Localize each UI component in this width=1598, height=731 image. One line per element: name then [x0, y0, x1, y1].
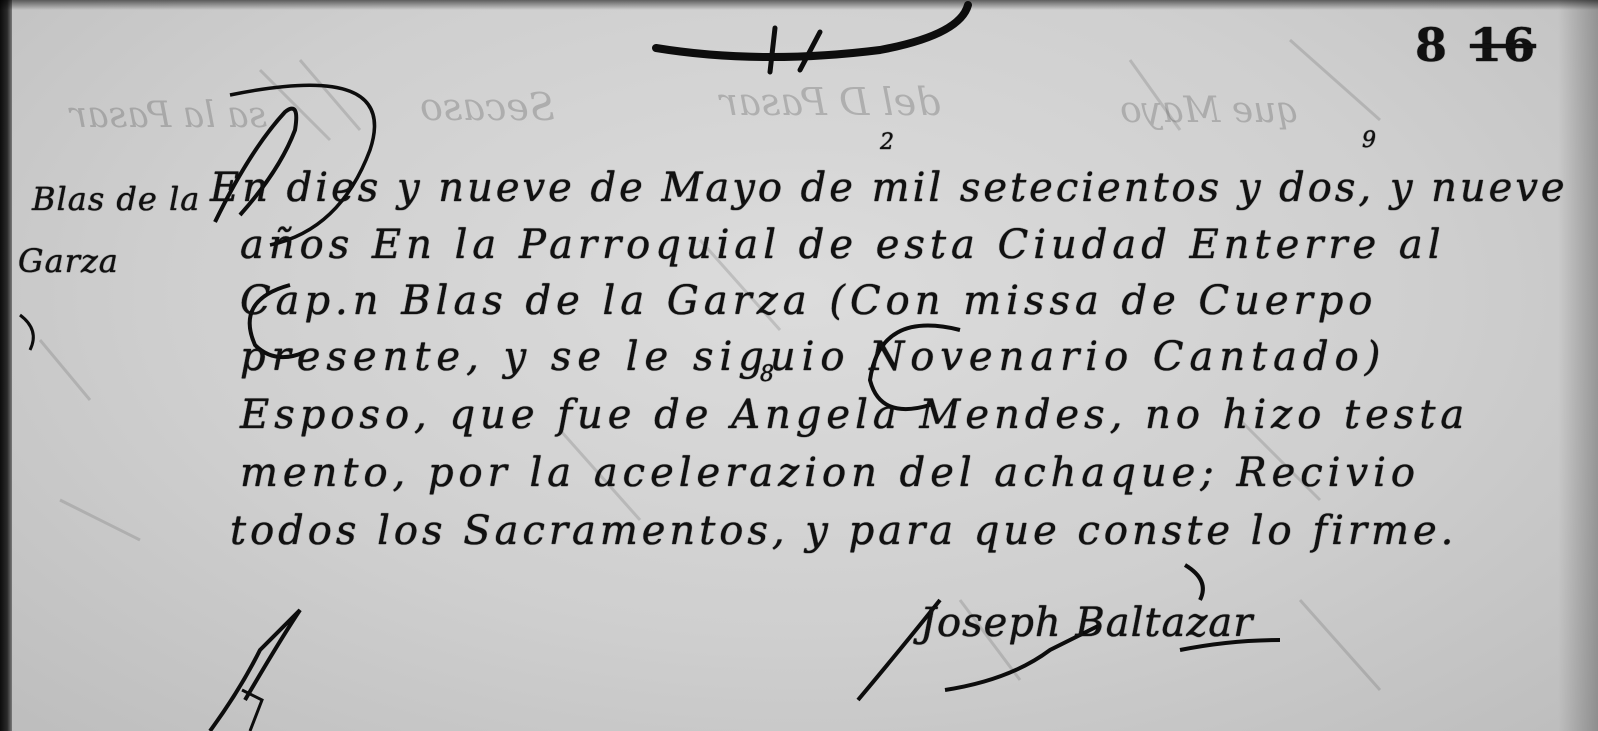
rubric-stroke: [210, 610, 300, 731]
record-line-4: presente, y se le siguio Novenario Canta…: [240, 334, 1386, 380]
folio-number: 8: [1415, 18, 1448, 72]
priest-signature: Joseph Baltazar: [920, 600, 1253, 646]
record-line-6: mento, por la acelerazion del achaque; R…: [240, 450, 1420, 496]
record-line-5: Esposo, que fue de Angela Mendes, no hiz…: [240, 392, 1469, 438]
margin-brace: [20, 315, 33, 350]
manuscript-page: sa la Pasar Secaso del D Pasar que Mayo: [0, 0, 1598, 731]
record-line-7: todos los Sacramentos, y para que conste…: [230, 508, 1457, 554]
record-line-1: En dies y nueve de Mayo de mil setecient…: [210, 165, 1568, 211]
record-line-2: años En la Parroquial de esta Ciudad Ent…: [240, 222, 1446, 268]
separator-flourish: [656, 5, 968, 72]
folio-number-struck: 16: [1470, 18, 1536, 72]
margin-note-surname: Garza: [18, 242, 119, 280]
margin-note-name: Blas de la: [32, 180, 200, 218]
superscript-year-digit: 9: [1362, 128, 1377, 153]
superscript-year-digit: 2: [880, 130, 895, 155]
record-line-3: Cap.n Blas de la Garza (Con missa de Cue…: [240, 278, 1377, 324]
